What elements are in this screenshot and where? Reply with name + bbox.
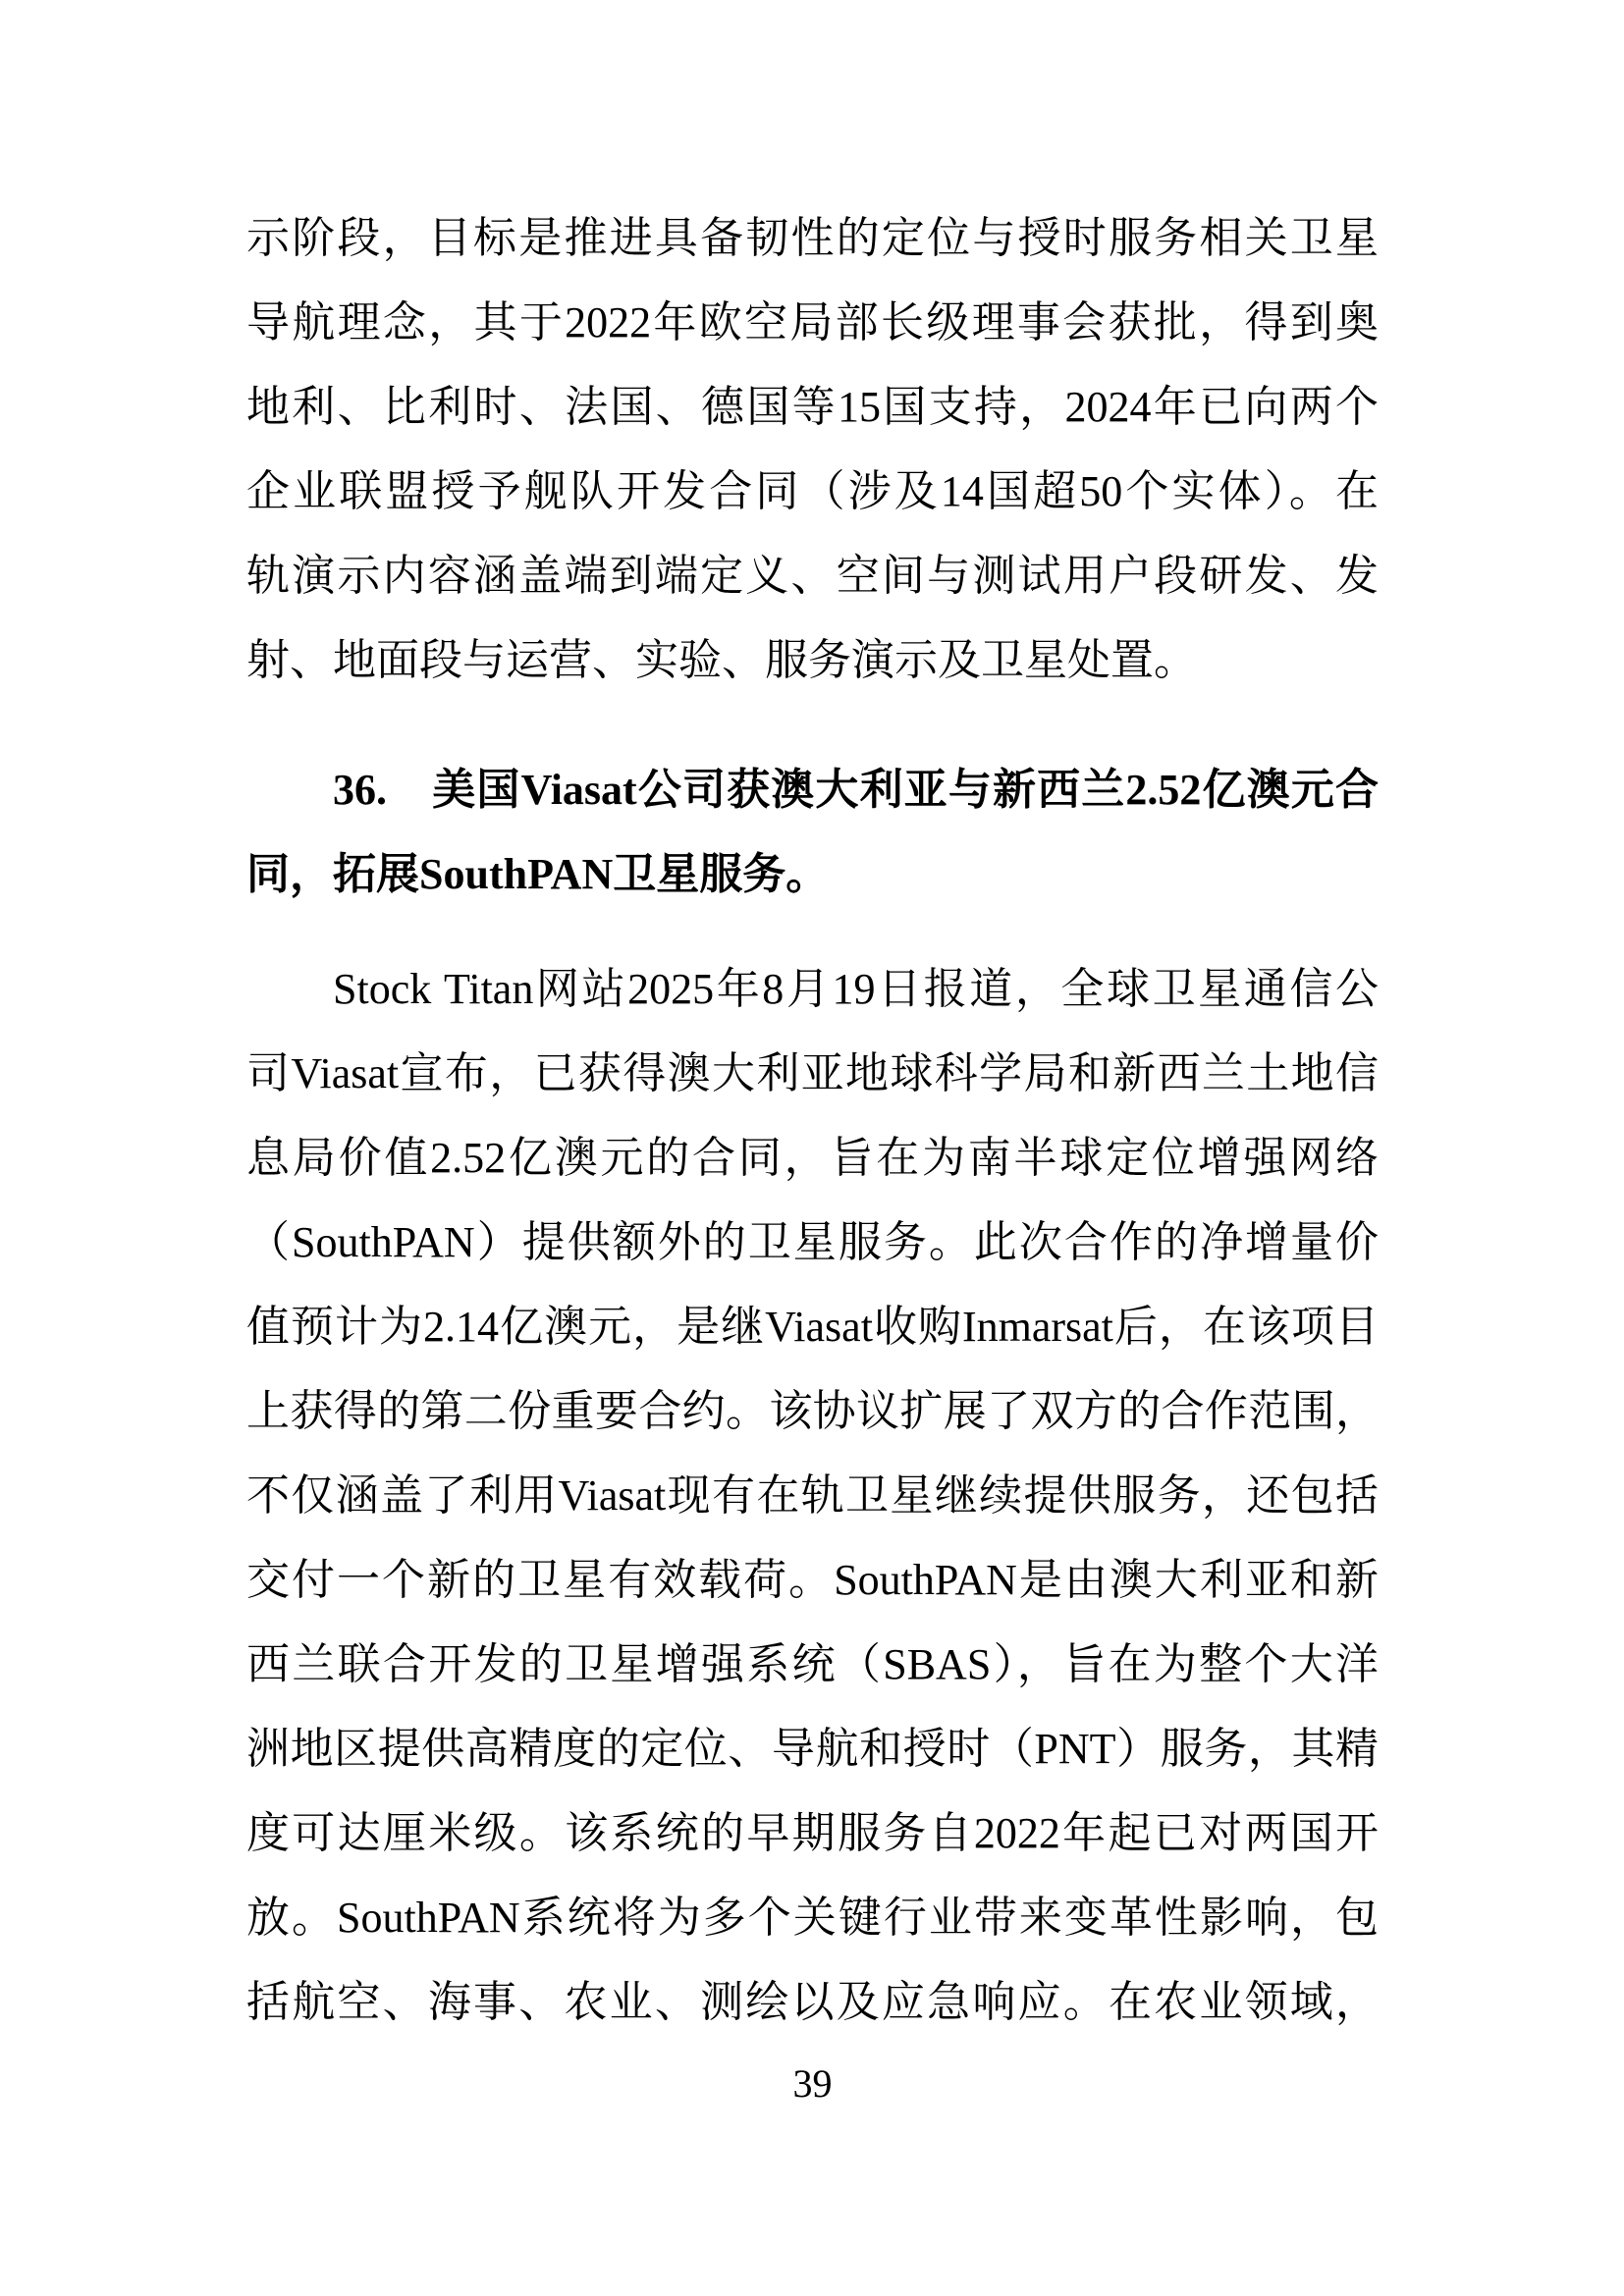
text-line: 地利、比利时、法国、德国等15国支持，2024年已向两个 <box>246 365 1379 450</box>
document-page: 示阶段，目标是推进具备韧性的定位与授时服务相关卫星导航理念，其于2022年欧空局… <box>0 0 1624 2296</box>
text-line: 西兰联合开发的卫星增强系统（SBAS），旨在为整个大洋 <box>246 1623 1379 1707</box>
text-line: （SouthPAN）提供额外的卫星服务。此次合作的净增量价 <box>246 1201 1379 1285</box>
text-line: 不仅涵盖了利用Viasat现有在轨卫星继续提供服务，还包括 <box>246 1454 1379 1538</box>
text-block: 示阶段，目标是推进具备韧性的定位与授时服务相关卫星导航理念，其于2022年欧空局… <box>246 196 1379 2108</box>
text-line: Stock Titan网站2025年8月19日报道，全球卫星通信公 <box>246 947 1379 1032</box>
text-line: 洲地区提供高精度的定位、导航和授时（PNT）服务，其精 <box>246 1707 1379 1791</box>
text-line: 同，拓展SouthPAN卫星服务。 <box>246 832 1379 917</box>
section-heading-36: 36. 美国Viasat公司获澳大利亚与新西兰2.52亿澳元合同，拓展South… <box>246 748 1379 917</box>
text-line: 息局价值2.52亿澳元的合同，旨在为南半球定位增强网络 <box>246 1116 1379 1201</box>
text-line: 轨演示内容涵盖端到端定义、空间与测试用户段研发、发 <box>246 534 1379 618</box>
text-line: 值预计为2.14亿澳元，是继Viasat收购Inmarsat后，在该项目 <box>246 1285 1379 1369</box>
text-line: 司Viasat宣布，已获得澳大利亚地球科学局和新西兰土地信 <box>246 1032 1379 1116</box>
text-line: 上获得的第二份重要合约。该协议扩展了双方的合作范围， <box>246 1369 1379 1454</box>
text-line: 导航理念，其于2022年欧空局部长级理事会获批，得到奥 <box>246 281 1379 365</box>
text-line: 36. 美国Viasat公司获澳大利亚与新西兰2.52亿澳元合 <box>246 748 1379 832</box>
text-line: 放。SouthPAN系统将为多个关键行业带来变革性影响，包 <box>246 1876 1379 1960</box>
text-line: 交付一个新的卫星有效载荷。SouthPAN是由澳大利亚和新 <box>246 1538 1379 1623</box>
text-line: 示阶段，目标是推进具备韧性的定位与授时服务相关卫星 <box>246 196 1379 281</box>
text-line: 括航空、海事、农业、测绘以及应急响应。在农业领域， <box>246 1960 1379 2045</box>
text-line: 射、地面段与运营、实验、服务演示及卫星处置。 <box>246 618 1379 703</box>
text-line: 企业联盟授予舰队开发合同（涉及14国超50个实体）。在 <box>246 450 1379 534</box>
text-line: 度可达厘米级。该系统的早期服务自2022年起已对两国开 <box>246 1791 1379 1876</box>
paragraph-viasat-southpan: Stock Titan网站2025年8月19日报道，全球卫星通信公司Viasat… <box>246 947 1379 2045</box>
paragraph-iris2-continuation: 示阶段，目标是推进具备韧性的定位与授时服务相关卫星导航理念，其于2022年欧空局… <box>246 196 1379 703</box>
page-number: 39 <box>246 2060 1379 2108</box>
